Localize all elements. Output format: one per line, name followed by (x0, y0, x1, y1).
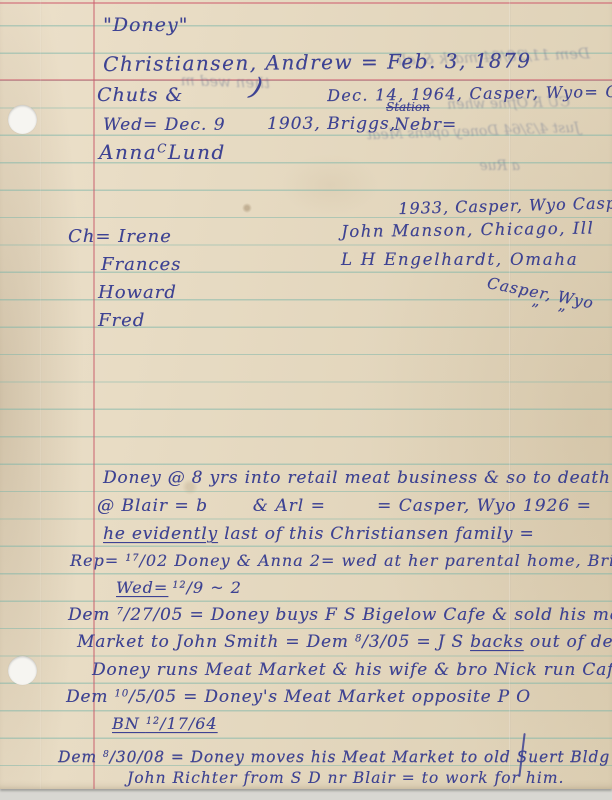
vertical-crease-left (40, 0, 42, 789)
date-numerator: 10 (114, 688, 129, 699)
note-text: BN (112, 714, 146, 733)
wife-last: Lund (168, 140, 226, 164)
note-text: /02 Doney & Anna 2= wed at her parental … (139, 551, 612, 570)
note-text: Rep= (70, 551, 125, 570)
wife-first: Anna (99, 140, 157, 164)
date-numerator: 8 (103, 749, 110, 760)
child-howard: Howard (98, 282, 177, 303)
note-text: /30/08 = Doney moves his Meat Market to … (110, 748, 612, 766)
punch-hole-top (8, 105, 37, 134)
child-fred: Fred (98, 310, 145, 331)
child-irene: Ch= Irene (68, 226, 172, 247)
ghost-text: a Rue (430, 158, 520, 174)
underlined-phrase: Wed= (116, 578, 168, 597)
date-numerator: 12 (168, 580, 186, 591)
date-numerator: 7 (116, 606, 123, 617)
child-frances: Frances (101, 254, 181, 275)
note-text: /9 ~ 2 (187, 578, 242, 597)
note-opposite-po: Dem 10/5/05 = Doney's Meat Market opposi… (66, 687, 531, 707)
note-text: out of deal = so (524, 632, 612, 652)
note-text: /3/05 = J S (362, 632, 470, 652)
spouse-engelhardt: L H Engelhardt, Omaha (341, 250, 578, 269)
head-name-birth-line: Christiansen, Andrew = Feb. 3, 1879 (103, 48, 532, 76)
note-wed-date: Wed= 12/9 ~ 2 (116, 578, 242, 597)
page-title: "Doney" (103, 14, 188, 36)
wedding-date-left: Wed= Dec. 9 (103, 115, 226, 135)
scanned-ledger-page: Dem 11/28/64 mark & all CU R Ofme when J… (0, 0, 612, 800)
wife-middle-initial: C (157, 141, 168, 155)
underlined-phrase: backs (470, 632, 524, 652)
note-runs-market: Doney runs Meat Market & his wife & bro … (92, 660, 612, 680)
note-bigelow-cafe: Dem 7/27/05 = Doney buys F S Bigelow Caf… (68, 605, 612, 625)
wedding-date-right: Nebr= (394, 115, 457, 135)
wife-name: AnnaCLund (99, 140, 226, 164)
note-text: Dem (68, 605, 116, 625)
red-rule-header (0, 79, 612, 81)
date-numerator: 17 (125, 553, 139, 564)
note-text: Market to John Smith = Dem (77, 632, 355, 652)
note-meat-business: Doney @ 8 yrs into retail meat business … (103, 468, 612, 488)
note-rep-wedding: Rep= 17/02 Doney & Anna 2= wed at her pa… (70, 551, 612, 570)
note-blair-casper: @ Blair = b & Arl = = Casper, Wyo 1926 = (97, 496, 592, 516)
note-text: /17/64 (160, 714, 218, 733)
nickname-line: Chuts & (97, 84, 183, 106)
note-bn-date: BN 12/17/64 (112, 714, 218, 733)
note-text: Dem (58, 748, 103, 766)
spouse-john-manson: John Manson, Chicago, Ill (341, 218, 594, 241)
station-annotation: Station (386, 100, 430, 114)
ledger-paper: Dem 11/28/64 mark & all CU R Ofme when J… (0, 0, 612, 789)
note-john-smith: Market to John Smith = Dem 8/3/05 = J S … (77, 632, 612, 652)
note-moves-market: Dem 8/30/08 = Doney moves his Meat Marke… (58, 742, 612, 766)
note-text: last of this Christiansen family = (218, 524, 535, 544)
note-text: /5/05 = Doney's Meat Market opposite P O (129, 687, 531, 707)
wedding-date-mid: 1903, Briggs, (267, 114, 396, 134)
note-last-of-family: he evidently last of this Christiansen f… (103, 524, 535, 544)
note-text: Dem (66, 687, 114, 707)
death-line: Dec. 14, 1964, Casper, Wyo= Casper (327, 81, 612, 105)
note-text: /27/05 = Doney buys F S Bigelow Cafe & s… (124, 605, 612, 625)
red-rule-top (0, 2, 612, 4)
punch-hole-bottom (8, 656, 37, 685)
date-numerator: 12 (146, 716, 160, 727)
underlined-phrase: he evidently (103, 524, 218, 544)
note-john-richter: John Richter from S D nr Blair = to work… (127, 769, 564, 787)
